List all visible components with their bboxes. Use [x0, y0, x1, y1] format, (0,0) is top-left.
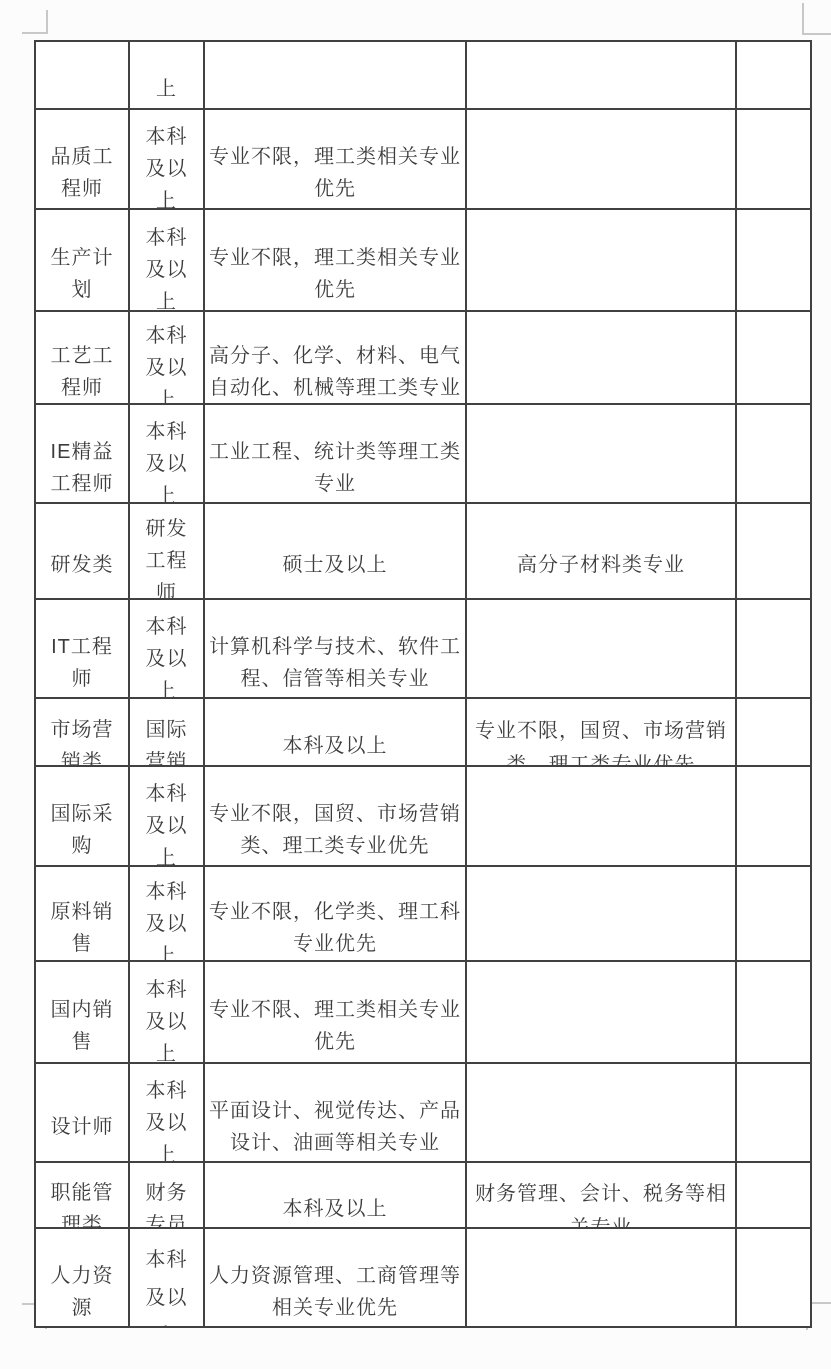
cell-text: IE精益 工程师 — [51, 436, 114, 500]
cell-text: 本科 及以 上 — [146, 416, 188, 503]
cell-text: 国际 营销 — [146, 714, 188, 765]
remark-cell: 高分子材料类专业 — [467, 504, 737, 598]
remark-cell: 财务管理、会计、税务等相 关专业 — [467, 1163, 737, 1227]
cell-text: 国际采 购 — [51, 798, 114, 862]
education-cell: 本科 及以 上 — [130, 962, 205, 1062]
education-cell: 本科 及以 上 — [130, 867, 205, 960]
remark-cell — [467, 210, 737, 310]
table-row-intl-procurement: 国际采 购本科 及以 上专业不限，国贸、市场营销 类、理工类专业优先 — [36, 767, 810, 867]
extra-cell — [737, 767, 810, 865]
table-row-rd-category: 研发类研发 工程 师硕士及以上高分子材料类专业 — [36, 504, 810, 600]
cell-text: 原料销 售 — [51, 896, 114, 960]
table-row-production-planning: 生产计 划本科 及以 上专业不限，理工类相关专业 优先 — [36, 210, 810, 312]
cell-text: 本科 及以 上 — [146, 1075, 188, 1162]
table-row-domestic-sales: 国内销 售本科 及以 上专业不限、理工类相关专业 优先 — [36, 962, 810, 1064]
position-cell: IE精益 工程师 — [36, 405, 130, 502]
major-cell: 人力资源管理、工商管理等 相关专业优先 — [205, 1229, 467, 1326]
education-cell: 财务 专员 — [130, 1163, 205, 1227]
job-requirements-table: 上品质工 程师本科 及以 上专业不限，理工类相关专业 优先生产计 划本科 及以 … — [34, 40, 812, 1328]
education-cell: 本科 及以 上 — [130, 600, 205, 697]
extra-cell — [737, 1229, 810, 1326]
remark-cell — [467, 405, 737, 502]
cell-text: 硕士及以上 — [283, 549, 388, 581]
cell-text: 工艺工 程师 — [51, 340, 114, 404]
major-cell: 计算机科学与技术、软件工 程、信管等相关专业 — [205, 600, 467, 697]
extra-cell — [737, 210, 810, 310]
extra-cell — [737, 699, 810, 765]
cell-text: 高分子材料类专业 — [517, 549, 685, 581]
margin-corner-top-right-icon — [802, 3, 831, 35]
cell-text: 专业不限，理工类相关专业 优先 — [209, 141, 461, 205]
extra-cell — [737, 312, 810, 403]
remark-cell — [467, 600, 737, 697]
cell-text: 研发类 — [51, 549, 114, 581]
remark-cell — [467, 42, 737, 108]
major-cell: 专业不限，国贸、市场营销 类、理工类专业优先 — [205, 767, 467, 865]
cell-text: 本科及以上 — [283, 1193, 388, 1225]
cell-text: 工业工程、统计类等理工类 专业 — [209, 436, 461, 500]
cell-text: 设计师 — [51, 1111, 114, 1143]
cell-text: 计算机科学与技术、软件工 程、信管等相关专业 — [209, 631, 461, 695]
major-cell: 高分子、化学、材料、电气 自动化、机械等理工类专业 — [205, 312, 467, 403]
education-cell: 上 — [130, 42, 205, 108]
major-cell: 工业工程、统计类等理工类 专业 — [205, 405, 467, 502]
cell-text: 本科 及以 上 — [146, 778, 188, 865]
margin-corner-top-left-icon — [22, 10, 48, 34]
cell-text: 本科及以上 — [283, 730, 388, 762]
position-cell: 生产计 划 — [36, 210, 130, 310]
cell-text: 市场营 销类 — [51, 714, 114, 765]
cell-text: 本科 及以 上 — [146, 876, 188, 961]
major-cell: 本科及以上 — [205, 699, 467, 765]
extra-cell — [737, 110, 810, 208]
education-cell: 研发 工程 师 — [130, 504, 205, 598]
table-row-it-engineer: IT工程 师本科 及以 上计算机科学与技术、软件工 程、信管等相关专业 — [36, 600, 810, 699]
cell-text: 本科 及以 上 — [146, 1241, 188, 1327]
table-row-functional-management: 职能管 理类财务 专员本科及以上财务管理、会计、税务等相 关专业 — [36, 1163, 810, 1229]
table-row-ie-lean-engineer: IE精益 工程师本科 及以 上工业工程、统计类等理工类 专业 — [36, 405, 810, 504]
position-cell: 设计师 — [36, 1064, 130, 1161]
cell-text: 国内销 售 — [51, 994, 114, 1058]
cell-text: 生产计 划 — [51, 242, 114, 306]
major-cell: 平面设计、视觉传达、产品 设计、油画等相关专业 — [205, 1064, 467, 1161]
remark-cell — [467, 1064, 737, 1161]
position-cell: 原料销 售 — [36, 867, 130, 960]
cell-text: 本科 及以 上 — [146, 222, 188, 310]
education-cell: 本科 及以 上 — [130, 1229, 205, 1326]
table-row-quality-engineer: 品质工 程师本科 及以 上专业不限，理工类相关专业 优先 — [36, 110, 810, 210]
cell-text: 人力资源管理、工商管理等 相关专业优先 — [209, 1260, 461, 1324]
major-cell: 专业不限、理工类相关专业 优先 — [205, 962, 467, 1062]
education-cell: 本科 及以 上 — [130, 312, 205, 403]
remark-cell — [467, 767, 737, 865]
cell-text: 专业不限，国贸、市场营销 类、理工类专业优先 — [209, 798, 461, 862]
remark-cell — [467, 867, 737, 960]
education-cell: 国际 营销 — [130, 699, 205, 765]
cell-text: 专业不限，国贸、市场营销 类、理工类专业优先 — [475, 714, 727, 765]
table-row-process-engineer: 工艺工 程师本科 及以 上高分子、化学、材料、电气 自动化、机械等理工类专业 — [36, 312, 810, 405]
education-cell: 本科 及以 上 — [130, 405, 205, 502]
table-row-marketing-category: 市场营 销类国际 营销本科及以上专业不限，国贸、市场营销 类、理工类专业优先 — [36, 699, 810, 767]
cell-text: 研发 工程 师 — [146, 513, 188, 598]
extra-cell — [737, 405, 810, 502]
position-cell: 研发类 — [36, 504, 130, 598]
extra-cell — [737, 1064, 810, 1161]
remark-cell — [467, 312, 737, 403]
position-cell: 国际采 购 — [36, 767, 130, 865]
cell-text: 职能管 理类 — [51, 1177, 114, 1227]
cell-text: 平面设计、视觉传达、产品 设计、油画等相关专业 — [209, 1095, 461, 1159]
major-cell — [205, 42, 467, 108]
remark-cell — [467, 962, 737, 1062]
extra-cell — [737, 42, 810, 108]
position-cell: 人力资 源 — [36, 1229, 130, 1326]
cell-text: 上 — [156, 73, 177, 105]
education-cell: 本科 及以 上 — [130, 110, 205, 208]
extra-cell — [737, 1163, 810, 1227]
cell-text: 专业不限，化学类、理工科 专业优先 — [209, 896, 461, 960]
cell-text: 人力资 源 — [51, 1260, 114, 1324]
position-cell: 工艺工 程师 — [36, 312, 130, 403]
table-row-designer: 设计师本科 及以 上平面设计、视觉传达、产品 设计、油画等相关专业 — [36, 1064, 810, 1163]
position-cell: 职能管 理类 — [36, 1163, 130, 1227]
position-cell — [36, 42, 130, 108]
education-cell: 本科 及以 上 — [130, 210, 205, 310]
remark-cell: 专业不限，国贸、市场营销 类、理工类专业优先 — [467, 699, 737, 765]
cell-text: 高分子、化学、材料、电气 自动化、机械等理工类专业 — [209, 340, 461, 404]
major-cell: 专业不限，理工类相关专业 优先 — [205, 210, 467, 310]
cell-text: 专业不限、理工类相关专业 优先 — [209, 994, 461, 1058]
position-cell: 国内销 售 — [36, 962, 130, 1062]
cell-text: 本科 及以 上 — [146, 611, 188, 698]
cell-text: 财务管理、会计、税务等相 关专业 — [475, 1177, 727, 1227]
cell-text: 本科 及以 上 — [146, 974, 188, 1062]
extra-cell — [737, 600, 810, 697]
position-cell: 市场营 销类 — [36, 699, 130, 765]
cell-text: 财务 专员 — [146, 1177, 188, 1227]
cell-text: 本科 及以 上 — [146, 320, 188, 404]
major-cell: 硕士及以上 — [205, 504, 467, 598]
extra-cell — [737, 962, 810, 1062]
table-row-continuation: 上 — [36, 42, 810, 110]
extra-cell — [737, 867, 810, 960]
table-row-human-resources: 人力资 源本科 及以 上人力资源管理、工商管理等 相关专业优先 — [36, 1229, 810, 1326]
remark-cell — [467, 1229, 737, 1326]
cell-text: IT工程 师 — [51, 631, 113, 695]
table-row-raw-material-sales: 原料销 售本科 及以 上专业不限，化学类、理工科 专业优先 — [36, 867, 810, 962]
position-cell: IT工程 师 — [36, 600, 130, 697]
major-cell: 专业不限，化学类、理工科 专业优先 — [205, 867, 467, 960]
education-cell: 本科 及以 上 — [130, 1064, 205, 1161]
cell-text: 品质工 程师 — [51, 141, 114, 205]
major-cell: 本科及以上 — [205, 1163, 467, 1227]
cell-text: 专业不限，理工类相关专业 优先 — [209, 242, 461, 306]
cell-text: 本科 及以 上 — [146, 121, 188, 208]
remark-cell — [467, 110, 737, 208]
education-cell: 本科 及以 上 — [130, 767, 205, 865]
extra-cell — [737, 504, 810, 598]
major-cell: 专业不限，理工类相关专业 优先 — [205, 110, 467, 208]
position-cell: 品质工 程师 — [36, 110, 130, 208]
